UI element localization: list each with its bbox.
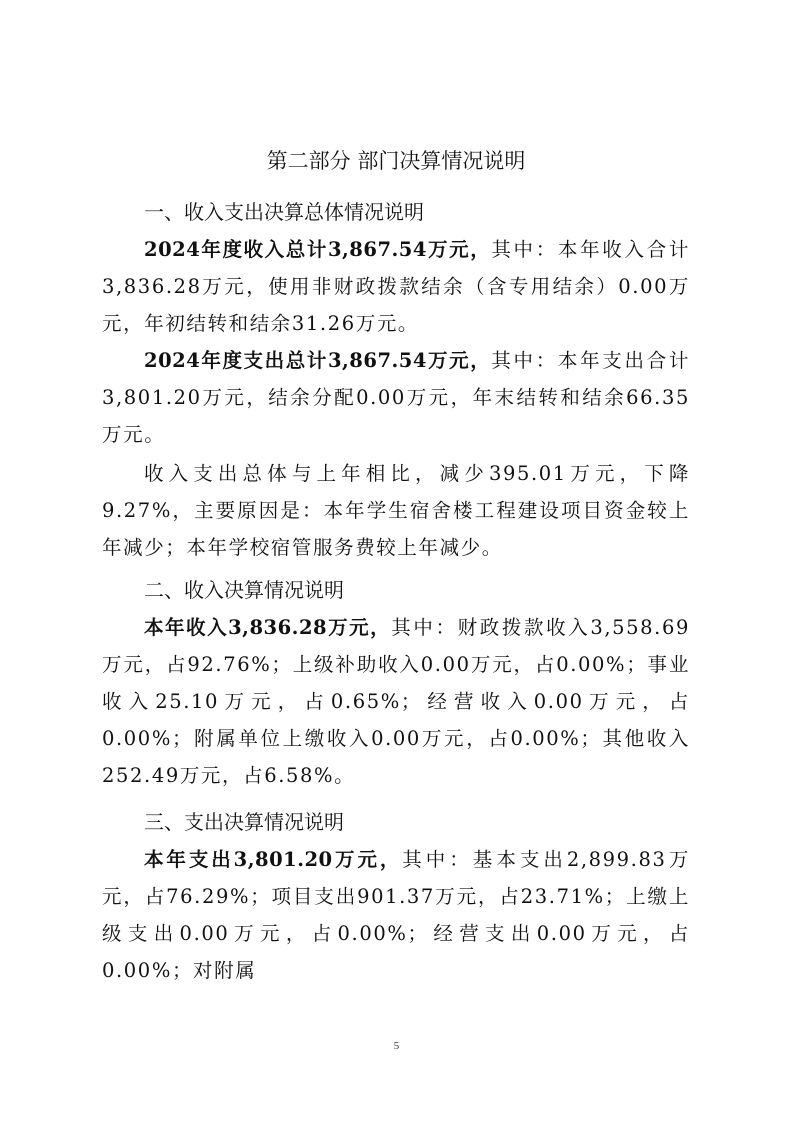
paragraph-expenditure-breakdown: 本年支出3,801.20万元，其中：基本支出2,899.83万元，占76.29%…: [102, 841, 690, 989]
section-heading: 二、收入决算情况说明: [102, 572, 690, 609]
paragraph-lead: 本年支出3,801.20万元，: [144, 848, 402, 871]
paragraph-year-comparison: 收入支出总体与上年相比，减少395.01万元，下降9.27%，主要原因是：本年学…: [102, 455, 690, 566]
section-heading: 三、支出决算情况说明: [102, 804, 690, 841]
paragraph-total-income: 2024年度收入总计3,867.54万元，其中：本年收入合计3,836.28万元…: [102, 231, 690, 342]
paragraph-lead: 2024年度收入总计3,867.54万元，: [144, 238, 491, 261]
paragraph-lead: 2024年度支出总计3,867.54万元，: [144, 349, 491, 372]
section-expenditure: 三、支出决算情况说明 本年支出3,801.20万元，其中：基本支出2,899.8…: [102, 804, 690, 989]
section-income: 二、收入决算情况说明 本年收入3,836.28万元，其中：财政拨款收入3,558…: [102, 572, 690, 794]
document-page: 第二部分 部门决算情况说明 一、收入支出决算总体情况说明 2024年度收入总计3…: [102, 140, 690, 989]
section-heading: 一、收入支出决算总体情况说明: [102, 194, 690, 231]
paragraph-income-breakdown: 本年收入3,836.28万元，其中：财政拨款收入3,558.69万元，占92.7…: [102, 609, 690, 794]
paragraph-body: 收入支出总体与上年相比，减少395.01万元，下降9.27%，主要原因是：本年学…: [102, 462, 690, 559]
paragraph-lead: 本年收入3,836.28万元，: [144, 616, 391, 639]
paragraph-total-expenditure: 2024年度支出总计3,867.54万元，其中：本年支出合计3,801.20万元…: [102, 342, 690, 453]
paragraph-body: 其中：财政拨款收入3,558.69万元，占92.76%；上级补助收入0.00万元…: [102, 616, 690, 787]
page-number: 5: [0, 1040, 793, 1052]
page-title: 第二部分 部门决算情况说明: [102, 146, 690, 176]
section-overall: 一、收入支出决算总体情况说明 2024年度收入总计3,867.54万元，其中：本…: [102, 194, 690, 566]
